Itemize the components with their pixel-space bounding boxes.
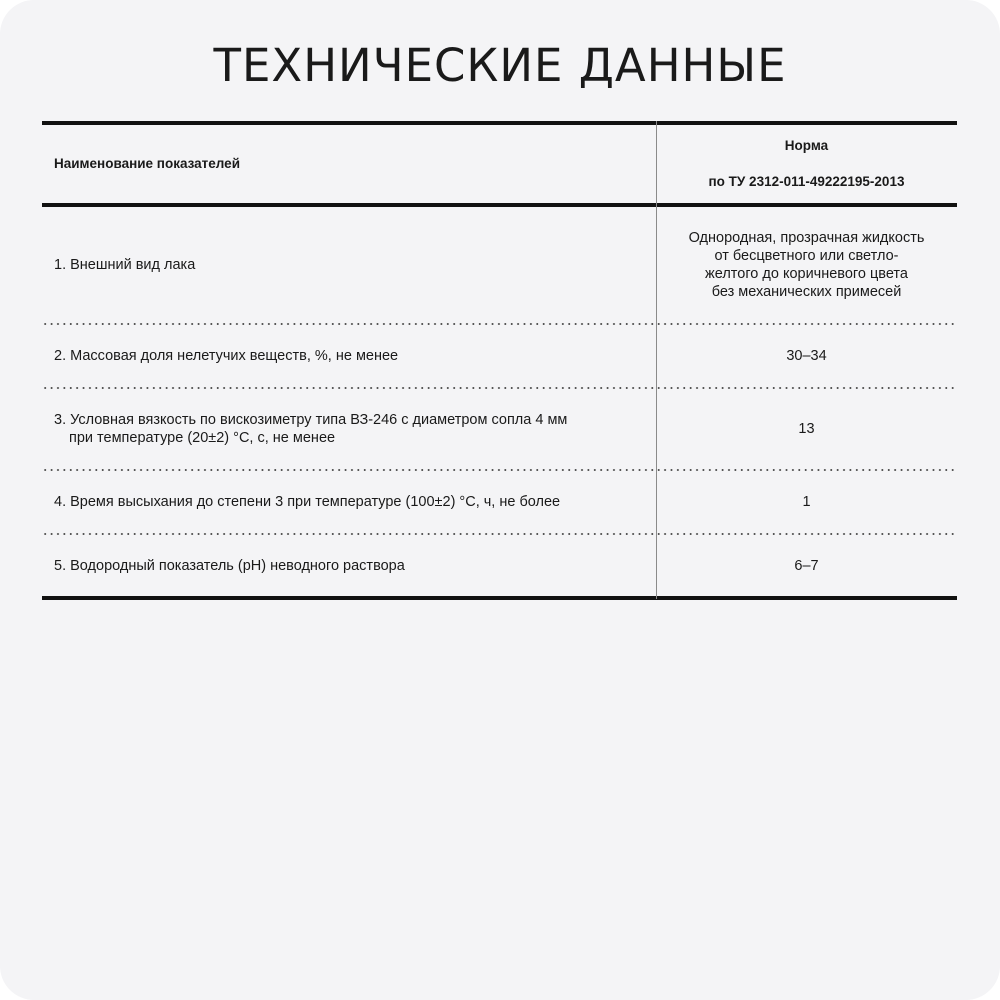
row-norm: 30–34 [656, 325, 957, 387]
table-bottom-rule [42, 596, 957, 600]
page-title: ТЕХНИЧЕСКИЕ ДАННЫЕ [0, 40, 1000, 92]
table-row: 2. Массовая доля нелетучих веществ, %, н… [42, 325, 957, 387]
technical-data-card: ТЕХНИЧЕСКИЕ ДАННЫЕ Наименование показате… [0, 0, 1000, 1000]
row-norm: 6–7 [656, 535, 957, 596]
table-header-row: Наименование показателей Норма по ТУ 231… [42, 125, 957, 203]
row-name: 5. Водородный показатель (рН) неводного … [42, 535, 656, 596]
row-name: 1. Внешний вид лака [42, 207, 656, 323]
table-row: 3. Условная вязкость по вискозиметру тип… [42, 389, 957, 469]
header-name-column: Наименование показателей [42, 125, 656, 203]
header-norm-column: Норма по ТУ 2312-011-49222195-2013 [656, 125, 957, 203]
row-name-line-2: при температуре (20±2) °С, с, не менее [54, 429, 567, 447]
header-norm-standard: по ТУ 2312-011-49222195-2013 [709, 173, 905, 191]
row-name: 3. Условная вязкость по вискозиметру тип… [42, 389, 656, 469]
table-row: 4. Время высыхания до степени 3 при темп… [42, 471, 957, 533]
row-norm: 1 [656, 471, 957, 533]
row-norm: 13 [656, 389, 957, 469]
row-name: 2. Массовая доля нелетучих веществ, %, н… [42, 325, 656, 387]
row-norm: Однородная, прозрачная жидкость от бесцв… [656, 207, 957, 323]
row-name: 4. Время высыхания до степени 3 при темп… [42, 471, 656, 533]
table-row: 5. Водородный показатель (рН) неводного … [42, 535, 957, 596]
header-norm-title: Норма [709, 137, 905, 155]
row-name-line-1: 3. Условная вязкость по вискозиметру тип… [54, 411, 567, 429]
table-row: 1. Внешний вид лака Однородная, прозрачн… [42, 207, 957, 323]
technical-data-table: Наименование показателей Норма по ТУ 231… [42, 121, 957, 600]
